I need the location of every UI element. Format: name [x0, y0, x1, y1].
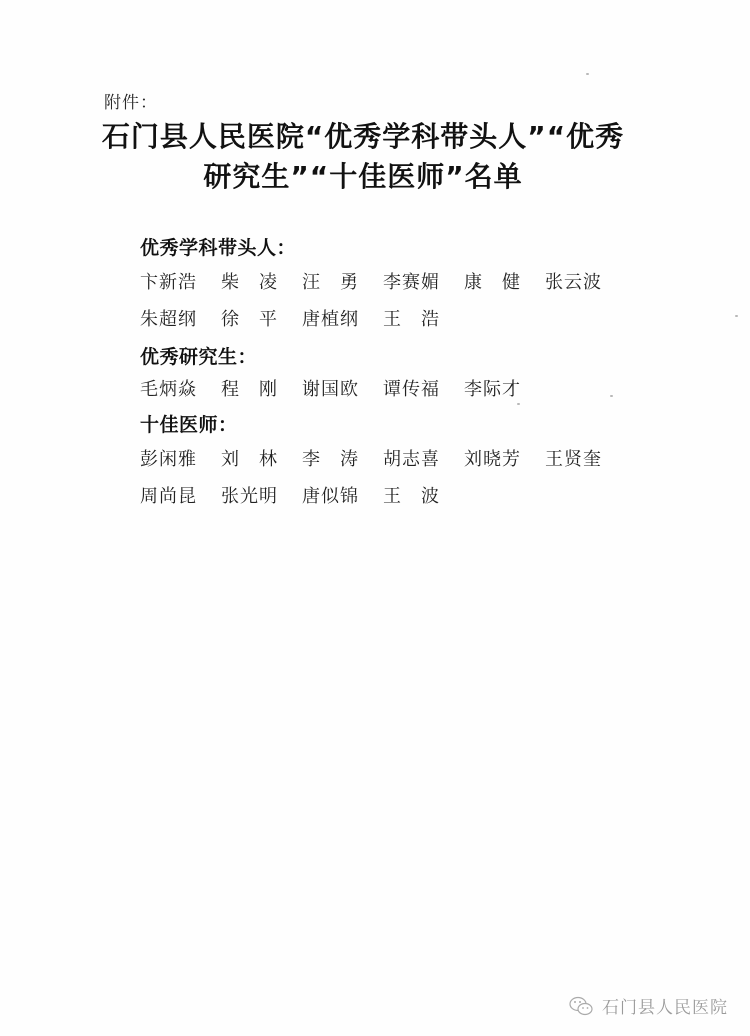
- name-row: 周尚昆 张光明 唐似锦 王 波: [140, 482, 464, 508]
- name-item: 朱超纲: [140, 305, 197, 331]
- scan-speck: [517, 403, 520, 405]
- section-heading-discipline-leaders: 优秀学科带头人：: [140, 233, 296, 260]
- section-heading-top-ten-physicians: 十佳医师：: [140, 410, 238, 437]
- name-item: 谭传福: [383, 375, 440, 401]
- scan-speck: [610, 395, 613, 397]
- name-item: 王贤奎: [545, 445, 602, 471]
- name-row: 卞新浩 柴 凌 汪 勇 李赛媚 康 健 张云波: [140, 268, 626, 294]
- name-item: 周尚昆: [140, 482, 197, 508]
- wechat-icon: [568, 995, 594, 1017]
- name-item: 刘晓芳: [464, 445, 521, 471]
- name-item: 谢国欧: [302, 375, 359, 401]
- name-item: 张云波: [545, 268, 602, 294]
- document-title-line-1: 石门县人民医院“优秀学科带头人”“优秀: [0, 115, 738, 155]
- name-item: 李 涛: [302, 445, 359, 471]
- section-heading-outstanding-graduates: 优秀研究生：: [140, 342, 257, 369]
- name-row: 朱超纲 徐 平 唐植纲 王 浩: [140, 305, 464, 331]
- name-item: 李赛媚: [383, 268, 440, 294]
- name-item: 卞新浩: [140, 268, 197, 294]
- name-item: 唐植纲: [302, 305, 359, 331]
- name-item: 汪 勇: [302, 268, 359, 294]
- attachment-label: 附件：: [104, 88, 158, 113]
- wechat-watermark: 石门县人民医院: [568, 993, 728, 1018]
- name-row: 毛炳焱 程 刚 谢国欧 谭传福 李际才: [140, 375, 545, 401]
- name-item: 王 波: [383, 482, 440, 508]
- name-item: 徐 平: [221, 305, 278, 331]
- name-row: 彭闲雅 刘 林 李 涛 胡志喜 刘晓芳 王贤奎: [140, 445, 626, 471]
- name-item: 彭闲雅: [140, 445, 197, 471]
- watermark-text: 石门县人民医院: [602, 993, 728, 1018]
- document-title-line-2: 研究生”“十佳医师”名单: [0, 155, 738, 195]
- name-item: 王 浩: [383, 305, 440, 331]
- name-item: 胡志喜: [383, 445, 440, 471]
- name-item: 毛炳焱: [140, 375, 197, 401]
- name-item: 唐似锦: [302, 482, 359, 508]
- name-item: 康 健: [464, 268, 521, 294]
- name-item: 张光明: [221, 482, 278, 508]
- name-item: 柴 凌: [221, 268, 278, 294]
- name-item: 李际才: [464, 375, 521, 401]
- name-item: 程 刚: [221, 375, 278, 401]
- document-page: 附件： 石门县人民医院“优秀学科带头人”“优秀 研究生”“十佳医师”名单 优秀学…: [0, 0, 750, 1036]
- scan-speck: [586, 73, 589, 75]
- scan-speck: [735, 315, 738, 317]
- name-item: 刘 林: [221, 445, 278, 471]
